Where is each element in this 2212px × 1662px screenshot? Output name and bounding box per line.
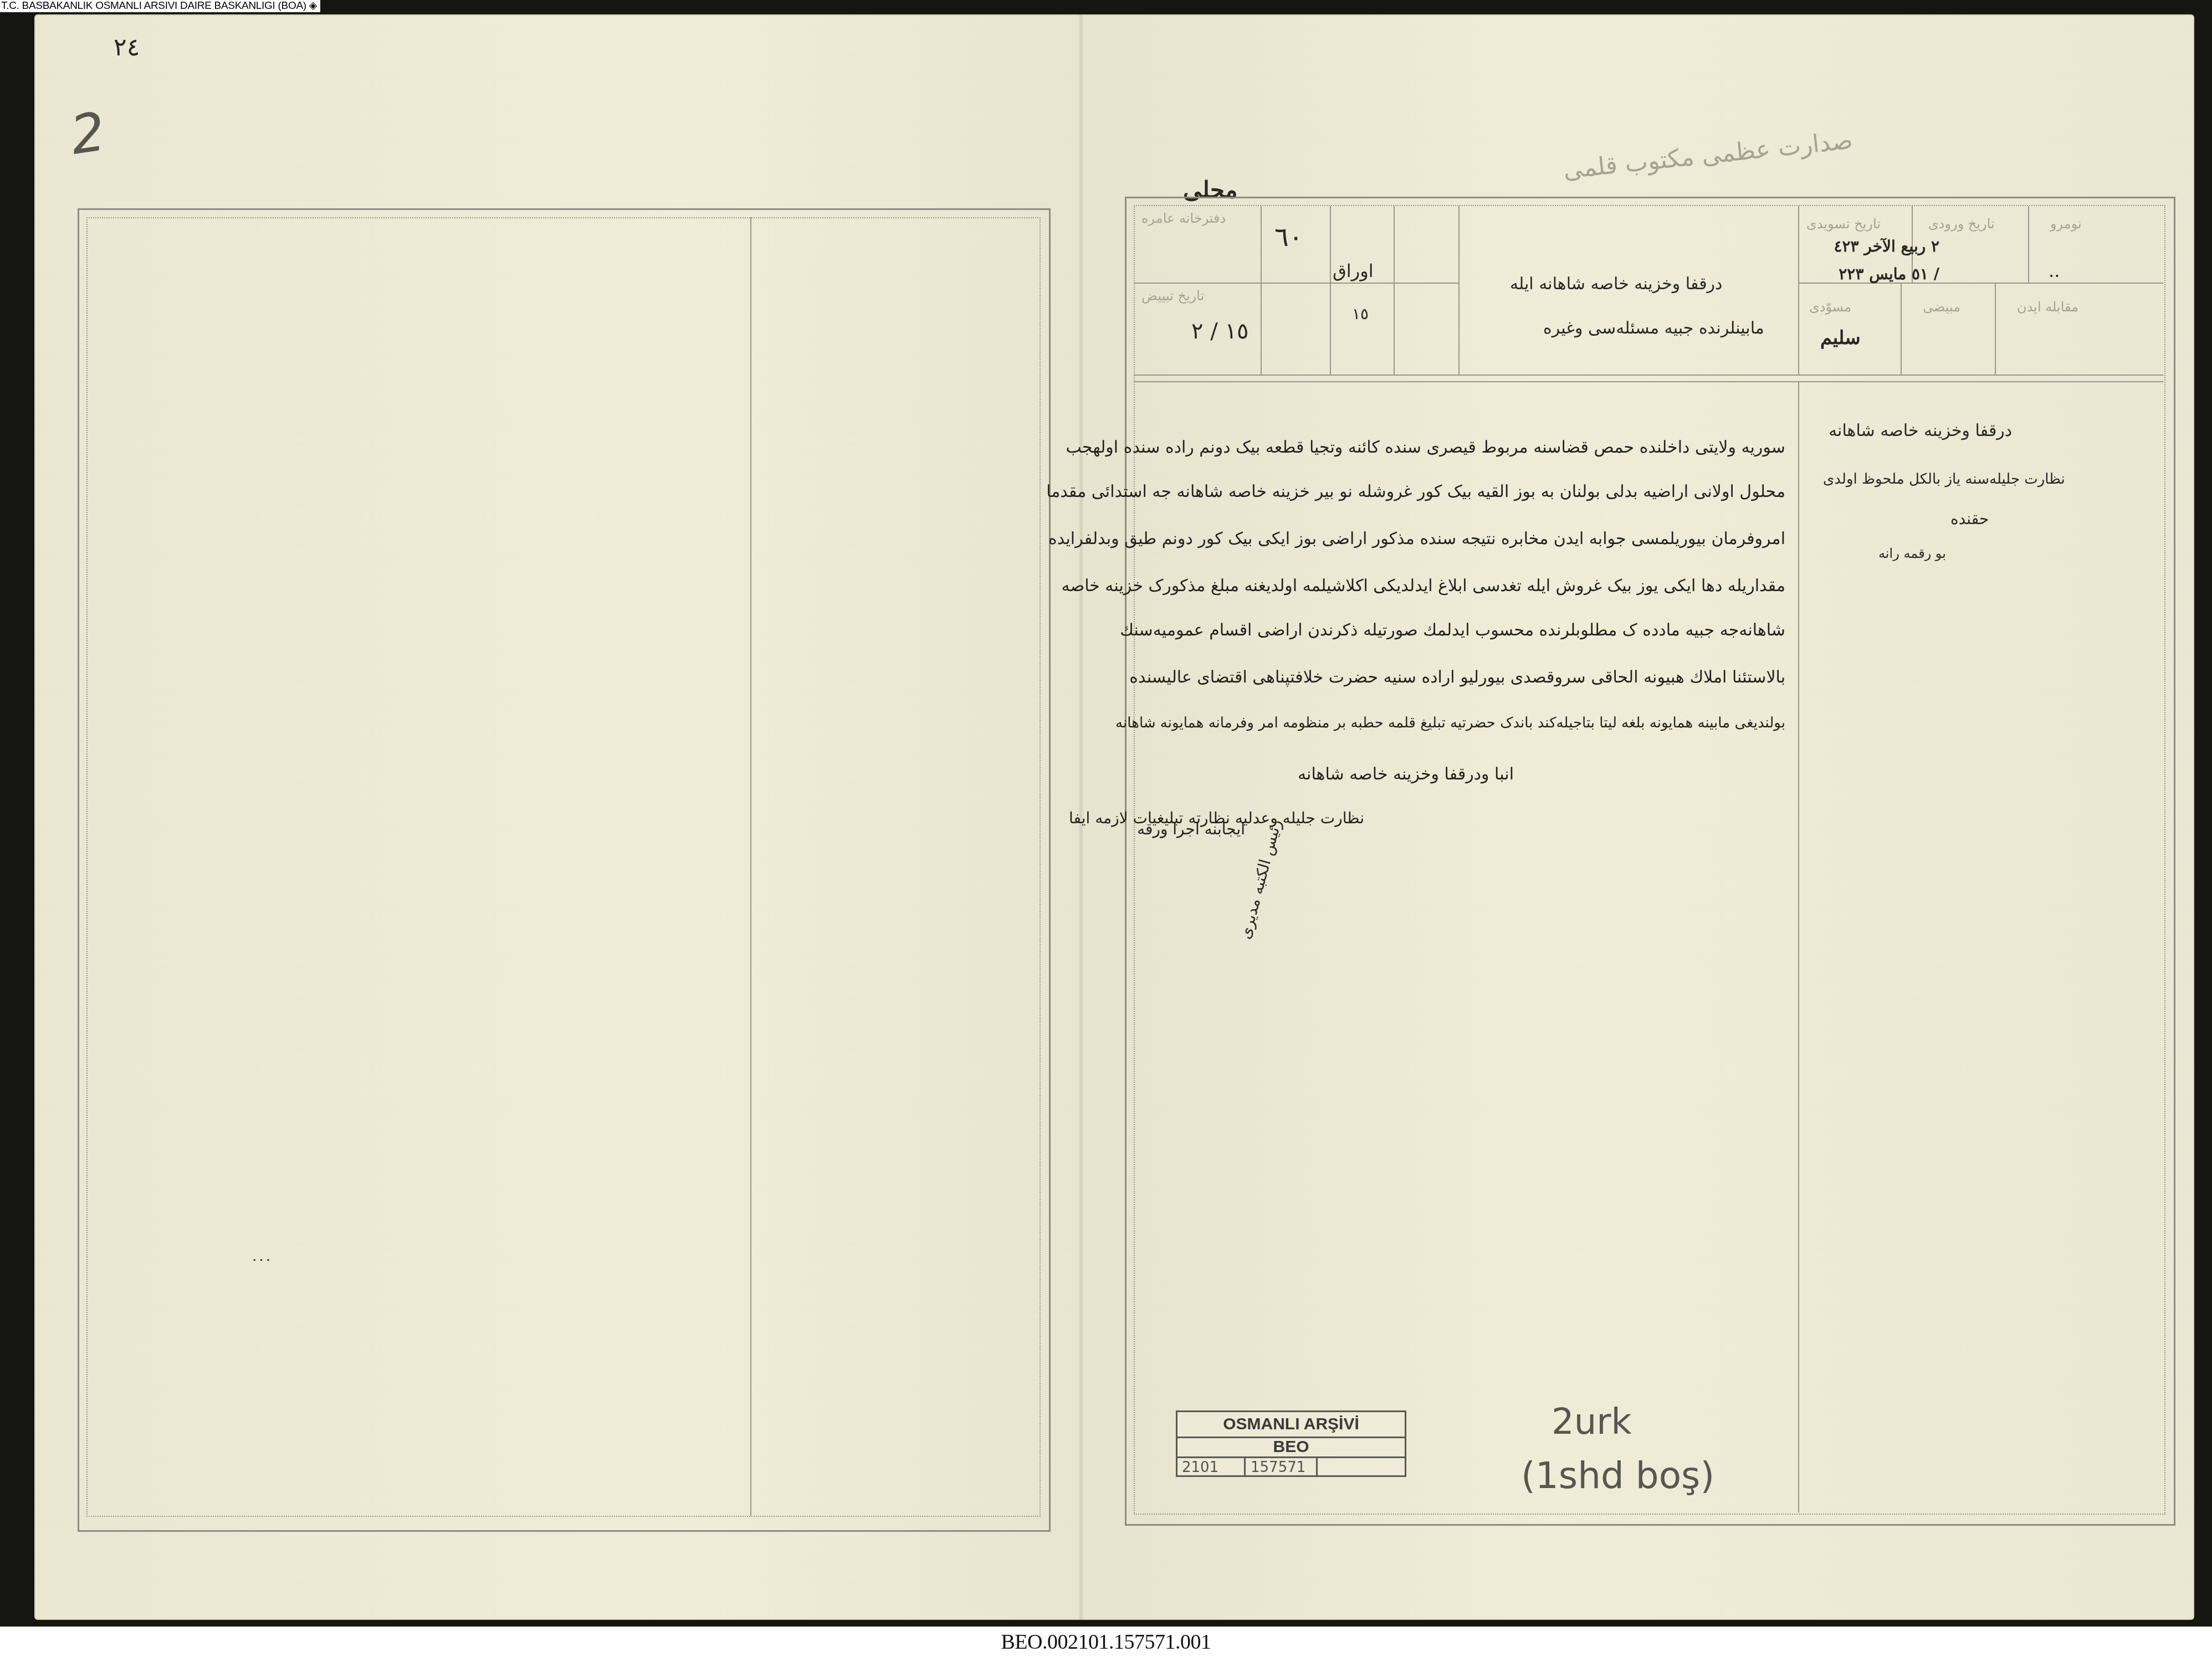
header-label-drafter: مسوّدی bbox=[1809, 299, 1851, 315]
body-line-2: محلول اولانی اراضیه بدلی بولنان به بوز ا… bbox=[1046, 482, 1785, 501]
stamp-fond: BEO bbox=[1177, 1437, 1405, 1456]
margin-column-divider bbox=[1798, 381, 1799, 1512]
body-line-8: انبا ودرقفا وخزینه خاصه شاهانه bbox=[1298, 765, 1514, 784]
margin-summary-line-2: نظارت جلیله‌سنه یاز بالکل ملحوظ اولدی bbox=[1823, 471, 2065, 488]
header-value-pages: ١٥ bbox=[1352, 305, 1369, 323]
header-label-collator: مقابله ایدن bbox=[2017, 299, 2078, 315]
header-subject-line-1: درقفا وخزینه خاصه شاهانه ایله bbox=[1510, 274, 1722, 294]
header-table-bottom-rule-2 bbox=[1134, 381, 2163, 382]
archive-stamp: OSMANLI ARŞİVİ BEO 2101 157571 bbox=[1176, 1410, 1406, 1477]
corner-folio-mark: ٢٤ bbox=[114, 33, 140, 61]
body-line-3: امروفرمان بیوریلمسی جوابه ایدن مخابره نت… bbox=[1048, 529, 1785, 548]
header-value-number: .. bbox=[2049, 260, 2060, 281]
header-value-ref: ٦٠ bbox=[1274, 222, 1303, 253]
stamp-cell-divider bbox=[1316, 1458, 1318, 1476]
header-label-fair-date: تاریخ تبییض bbox=[1141, 288, 1204, 304]
margin-summary-line-4: بو رقمه رانه bbox=[1878, 546, 1946, 561]
margin-summary-line-3: حقنده bbox=[1950, 510, 1989, 528]
stamp-dossier-number: 2101 bbox=[1182, 1459, 1218, 1476]
header-col-divider bbox=[1394, 206, 1395, 375]
body-line-10: ایجابنه اجرا ورقه bbox=[1137, 820, 1245, 838]
left-page-ink-marks: ... bbox=[252, 1246, 273, 1265]
body-line-6: بالاستئنا املاك هبیونه الحاقی سروقصدی بی… bbox=[1129, 668, 1785, 687]
pencil-note-blank-pages: (1shd boş) bbox=[1521, 1454, 1714, 1497]
header-value-draft-date: ٢ ربیع الآخر ٣٢٤ / ١٥ مایس ٣٢٢ bbox=[1829, 233, 1939, 288]
header-col-divider bbox=[1330, 206, 1331, 375]
header-col-divider bbox=[1261, 206, 1262, 375]
header-label-pages: اوراق bbox=[1333, 260, 1374, 281]
header-col-divider bbox=[1458, 206, 1460, 375]
header-label-entry-date: تاریخ ورودی bbox=[1928, 216, 1995, 232]
body-line-5: شاهانه‌جه جبیه مادده ک مطلوبلرنده محسوب … bbox=[1120, 620, 1785, 640]
header-table-bottom-rule bbox=[1134, 375, 2163, 376]
header-col-divider bbox=[2028, 206, 2029, 283]
header-label-fair-copy: مبیضی bbox=[1923, 299, 1960, 315]
header-subject-line-2: مابینلرنده جبیه مسئله‌سی وغیره bbox=[1543, 319, 1764, 338]
header-value-fair-date: ١٥ / ٢ bbox=[1191, 319, 1248, 344]
header-label-number: نومرو bbox=[2050, 216, 2082, 232]
header-label-draft-date: تاریخ تسویدی bbox=[1806, 216, 1881, 232]
footer-strip: BEO.002101.157571.001 bbox=[0, 1627, 2212, 1662]
left-page-column-divider bbox=[750, 217, 751, 1516]
left-page-inner-frame bbox=[86, 217, 1041, 1517]
body-line-1: سوریه ولایتی داخلنده حمص قضاسنه مربوط قی… bbox=[1066, 438, 1785, 457]
file-identifier: BEO.002101.157571.001 bbox=[0, 1630, 2212, 1654]
body-line-7: بولندیغی مابینه همایونه بلغه لیتا بتاجیل… bbox=[1115, 715, 1785, 731]
header-label-office: دفترخانه عامره bbox=[1141, 211, 1226, 226]
stamp-cell-divider bbox=[1244, 1458, 1246, 1476]
body-line-4: مقداریله دها ایکی یوز بیک غروش ایله تغدس… bbox=[1062, 576, 1785, 596]
header-value-drafter: سلیم bbox=[1820, 327, 1861, 349]
margin-summary-line-1: درقفا وخزینه خاصه شاهانه bbox=[1829, 421, 2012, 440]
header-col-divider bbox=[1901, 283, 1902, 375]
right-page-inner-frame bbox=[1134, 205, 2165, 1515]
stamp-shirt-number: 157571 bbox=[1251, 1459, 1305, 1476]
header-row-divider-left bbox=[1134, 283, 1458, 284]
stamp-archive-name: OSMANLI ARŞİVİ bbox=[1177, 1414, 1405, 1434]
header-col-divider bbox=[1995, 283, 1996, 375]
scan-header-label: T.C. BASBAKANLIK OSMANLI ARSIVI DAIRE BA… bbox=[0, 0, 320, 12]
stamp-ids-row: 2101 157571 bbox=[1177, 1456, 1405, 1476]
pencil-note-language: 2urk bbox=[1552, 1402, 1632, 1443]
header-col-divider bbox=[1798, 206, 1799, 375]
